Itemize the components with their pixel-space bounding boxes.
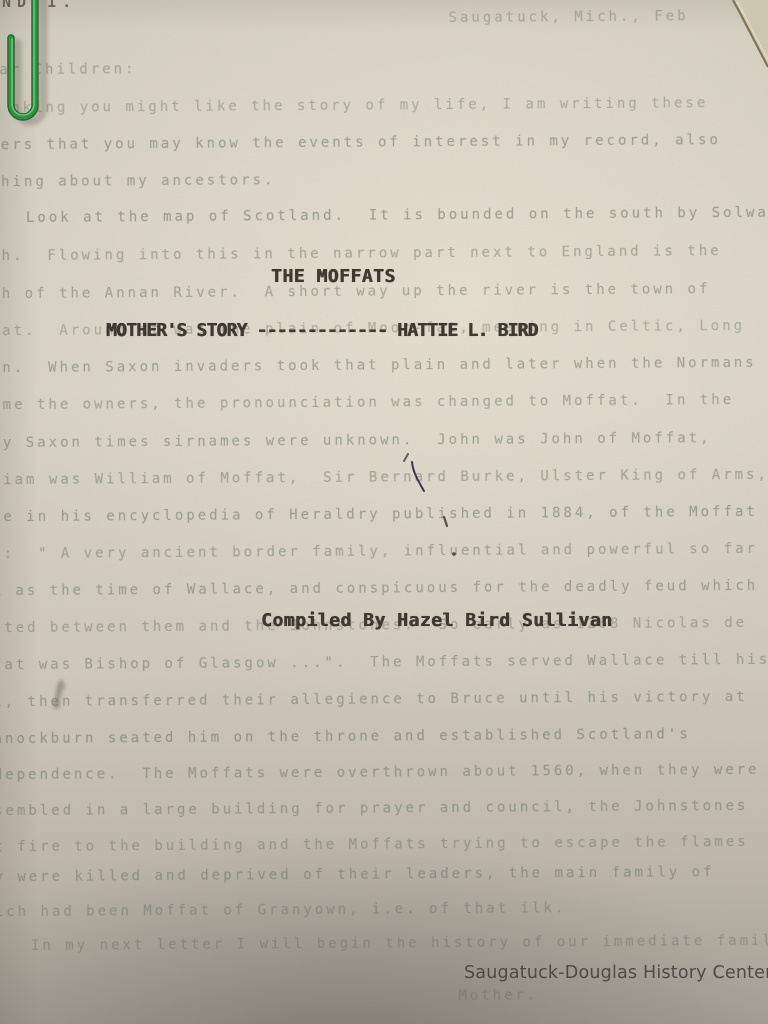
- letter-line: nnockburn seated him on the throne and e…: [0, 725, 691, 748]
- letter-line: th. Flowing into this in the narrow part…: [0, 242, 722, 265]
- letter-line: n: " A very ancient border family, influ…: [0, 540, 758, 563]
- letter-paper: ND 1. Saugatuck, Mich., Feb ear Children…: [0, 0, 768, 1024]
- letter-line: thing about my ancestors.: [0, 171, 275, 191]
- letter-dateline: Saugatuck, Mich., Feb: [448, 7, 688, 27]
- letter-line: Look at the map of Scotland. It is bound…: [26, 204, 768, 227]
- document-title: THE MOFFATS: [271, 267, 396, 287]
- letter-line: liam was William of Moffat, Sir Bernard …: [0, 466, 768, 489]
- letter-line: ich had been Moffat of Granyown, i.e. of…: [0, 899, 566, 921]
- letter-body-lines: nking you might like the story of my lif…: [0, 0, 764, 2]
- document-subtitle: MOTHER'S STORY ------------- HATTIE L. B…: [106, 321, 538, 341]
- letter-line: t fire to the building and the Moffats t…: [0, 833, 749, 856]
- letter-line: in. When Saxon invaders took that plain …: [0, 354, 757, 377]
- letter-line: l, then transferred their allegience to …: [0, 688, 748, 711]
- faint-letter-text: Saugatuck, Mich., Feb ear Children: nkin…: [0, 0, 768, 1024]
- letter-line: sembled in a large building for prayer a…: [0, 797, 748, 820]
- letter-line: te in his encyclopedia of Heraldry publi…: [0, 503, 758, 526]
- letter-salutation: ear Children:: [0, 60, 137, 79]
- watermark-label: Saugatuck-Douglas History Center: [464, 963, 768, 983]
- letter-line: nking you might like the story of my lif…: [11, 94, 708, 117]
- letter-line: ame the owners, the pronounciation was c…: [0, 391, 734, 414]
- letter-line: y were killed and deprived of their lead…: [0, 863, 715, 886]
- letter-line: dependence. The Moffats were overthrown …: [0, 761, 760, 784]
- document-photo: ND 1. Saugatuck, Mich., Feb ear Children…: [0, 0, 768, 1024]
- letter-line: k as the time of Wallace, and conspicuou…: [0, 577, 758, 600]
- letter-line: In my next letter I will begin the histo…: [31, 932, 768, 955]
- compiled-by-line: Compiled By Hazel Bird Sullivan: [261, 611, 612, 631]
- letter-line: fat was Bishop of Glasgow ...". The Moff…: [0, 651, 768, 674]
- letter-line: ters that you may know the events of int…: [0, 131, 721, 154]
- letter-closing: Mother.: [458, 986, 538, 1005]
- letter-line: ly Saxon times sirnames were unknown. Jo…: [0, 429, 712, 452]
